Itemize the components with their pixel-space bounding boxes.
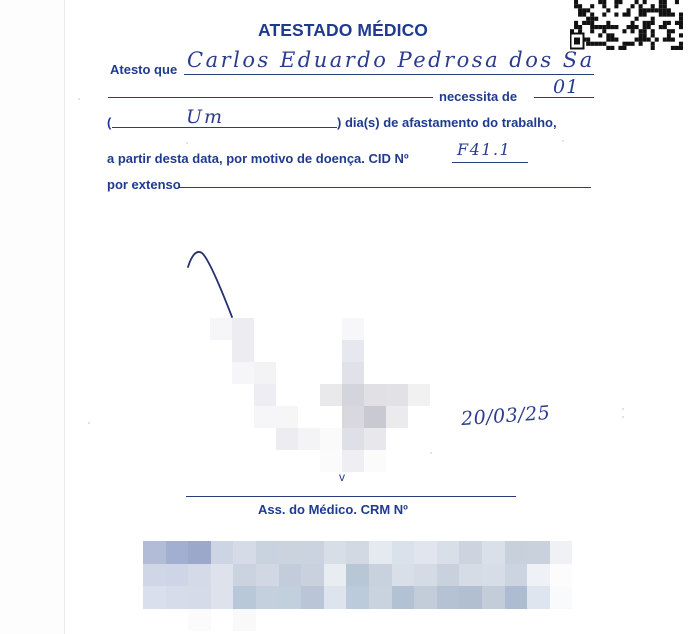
redaction-cell xyxy=(188,541,211,564)
redaction-cell xyxy=(233,609,256,632)
redaction-cell xyxy=(279,564,302,587)
atesto-que-label: Atesto que xyxy=(110,62,177,77)
redaction-cell xyxy=(342,406,364,428)
redaction-cell xyxy=(233,541,256,564)
redaction-cell xyxy=(166,586,189,609)
por-extenso-line xyxy=(178,187,591,188)
redaction-cell xyxy=(342,318,364,340)
redaction-cell xyxy=(459,564,482,587)
redaction-cell xyxy=(364,450,386,472)
redaction-cell xyxy=(210,318,232,340)
redaction-cell xyxy=(550,541,573,564)
redaction-cell xyxy=(256,541,279,564)
scan-speck xyxy=(88,422,90,424)
redaction-cell xyxy=(279,541,302,564)
redaction-cell xyxy=(232,362,254,384)
redaction-cell xyxy=(386,384,408,406)
redaction-cell xyxy=(256,564,279,587)
redaction-cell xyxy=(301,586,324,609)
redaction-cell xyxy=(414,586,437,609)
redaction-cell xyxy=(143,564,166,587)
redaction-cell xyxy=(459,586,482,609)
redaction-cell xyxy=(437,541,460,564)
redaction-cell xyxy=(324,541,347,564)
redaction-cell xyxy=(369,541,392,564)
patient-name-handwritten: Carlos Eduardo Pedrosa dos Sa xyxy=(187,48,595,72)
afastamento-label: ) dia(s) de afastamento do trabalho, xyxy=(337,115,557,130)
redaction-cell xyxy=(211,586,234,609)
redaction-cell xyxy=(279,586,302,609)
redaction-cell xyxy=(143,586,166,609)
redaction-cell xyxy=(320,428,342,450)
redaction-cell xyxy=(369,586,392,609)
scan-speck xyxy=(562,140,564,142)
redaction-cell xyxy=(301,541,324,564)
days-words-handwritten: Um xyxy=(186,106,224,128)
redaction-cell xyxy=(364,406,386,428)
signature-caption: Ass. do Médico. CRM Nº xyxy=(258,502,408,517)
redaction-cell xyxy=(188,609,211,632)
cid-label: a partir desta data, por motivo de doenç… xyxy=(107,151,409,166)
redaction-cell xyxy=(505,564,528,587)
redaction-cell xyxy=(482,541,505,564)
redaction-cell xyxy=(342,384,364,406)
scan-speck xyxy=(622,408,624,410)
cid-handwritten: F41.1 xyxy=(457,140,511,159)
redaction-cell xyxy=(550,586,573,609)
scan-speck xyxy=(186,142,188,144)
redaction-cell xyxy=(437,586,460,609)
redaction-cell xyxy=(301,564,324,587)
cid-line xyxy=(452,162,528,163)
redaction-cell xyxy=(342,428,364,450)
redaction-cell xyxy=(256,586,279,609)
redaction-cell xyxy=(320,450,342,472)
redaction-cell xyxy=(364,384,386,406)
redaction-cell xyxy=(166,564,189,587)
redaction-cell xyxy=(482,564,505,587)
redaction-cell xyxy=(392,564,415,587)
redaction-cell xyxy=(414,564,437,587)
redaction-cell xyxy=(211,541,234,564)
scan-speck xyxy=(430,452,432,454)
redaction-cell xyxy=(369,564,392,587)
redaction-cell xyxy=(254,362,276,384)
redaction-cell xyxy=(527,564,550,587)
redaction-cell xyxy=(527,541,550,564)
redaction-cell xyxy=(254,384,276,406)
redaction-cell xyxy=(276,428,298,450)
redaction-cell xyxy=(342,340,364,362)
open-paren: ( xyxy=(107,115,111,130)
patient-name-line xyxy=(184,74,594,75)
redaction-cell xyxy=(527,586,550,609)
redaction-cell xyxy=(459,541,482,564)
patient-name-line-continued xyxy=(108,97,433,98)
redaction-cell xyxy=(143,541,166,564)
redaction-cell xyxy=(320,384,342,406)
redaction-cell xyxy=(437,564,460,587)
document-title: ATESTADO MÉDICO xyxy=(258,20,428,41)
days-words-line xyxy=(112,127,337,128)
redaction-cell xyxy=(232,340,254,362)
redaction-cell xyxy=(342,362,364,384)
necessita-de-label: necessita de xyxy=(439,89,517,104)
redaction-cell xyxy=(233,586,256,609)
redaction-cell xyxy=(346,586,369,609)
redaction-cell xyxy=(232,318,254,340)
redaction-cell xyxy=(188,564,211,587)
redaction-cell xyxy=(408,384,430,406)
redaction-cell xyxy=(392,586,415,609)
redaction-cell xyxy=(505,586,528,609)
redaction-cell xyxy=(254,406,276,428)
redaction-cell xyxy=(342,450,364,472)
signature-line xyxy=(186,496,516,497)
signature-stroke xyxy=(180,240,260,330)
redaction-cell xyxy=(505,541,528,564)
redaction-cell xyxy=(550,564,573,587)
redaction-cell xyxy=(346,564,369,587)
signature-mark: v xyxy=(339,470,345,484)
certificate-page xyxy=(65,0,698,634)
redaction-cell xyxy=(364,428,386,450)
qr-code xyxy=(570,0,683,50)
redaction-cell xyxy=(414,541,437,564)
redaction-cell xyxy=(392,541,415,564)
redaction-cell xyxy=(298,428,320,450)
redaction-cell xyxy=(166,541,189,564)
redaction-cell xyxy=(324,564,347,587)
scan-speck xyxy=(78,98,80,100)
redaction-cell xyxy=(233,564,256,587)
redaction-cell xyxy=(346,541,369,564)
por-extenso-label: por extenso xyxy=(107,177,181,192)
redaction-cell xyxy=(211,564,234,587)
scan-speck xyxy=(622,416,624,418)
redaction-cell xyxy=(276,406,298,428)
days-number-handwritten: 01 xyxy=(553,76,579,98)
redaction-cell xyxy=(482,586,505,609)
redaction-cell xyxy=(188,586,211,609)
redaction-cell xyxy=(324,586,347,609)
redaction-cell xyxy=(386,406,408,428)
